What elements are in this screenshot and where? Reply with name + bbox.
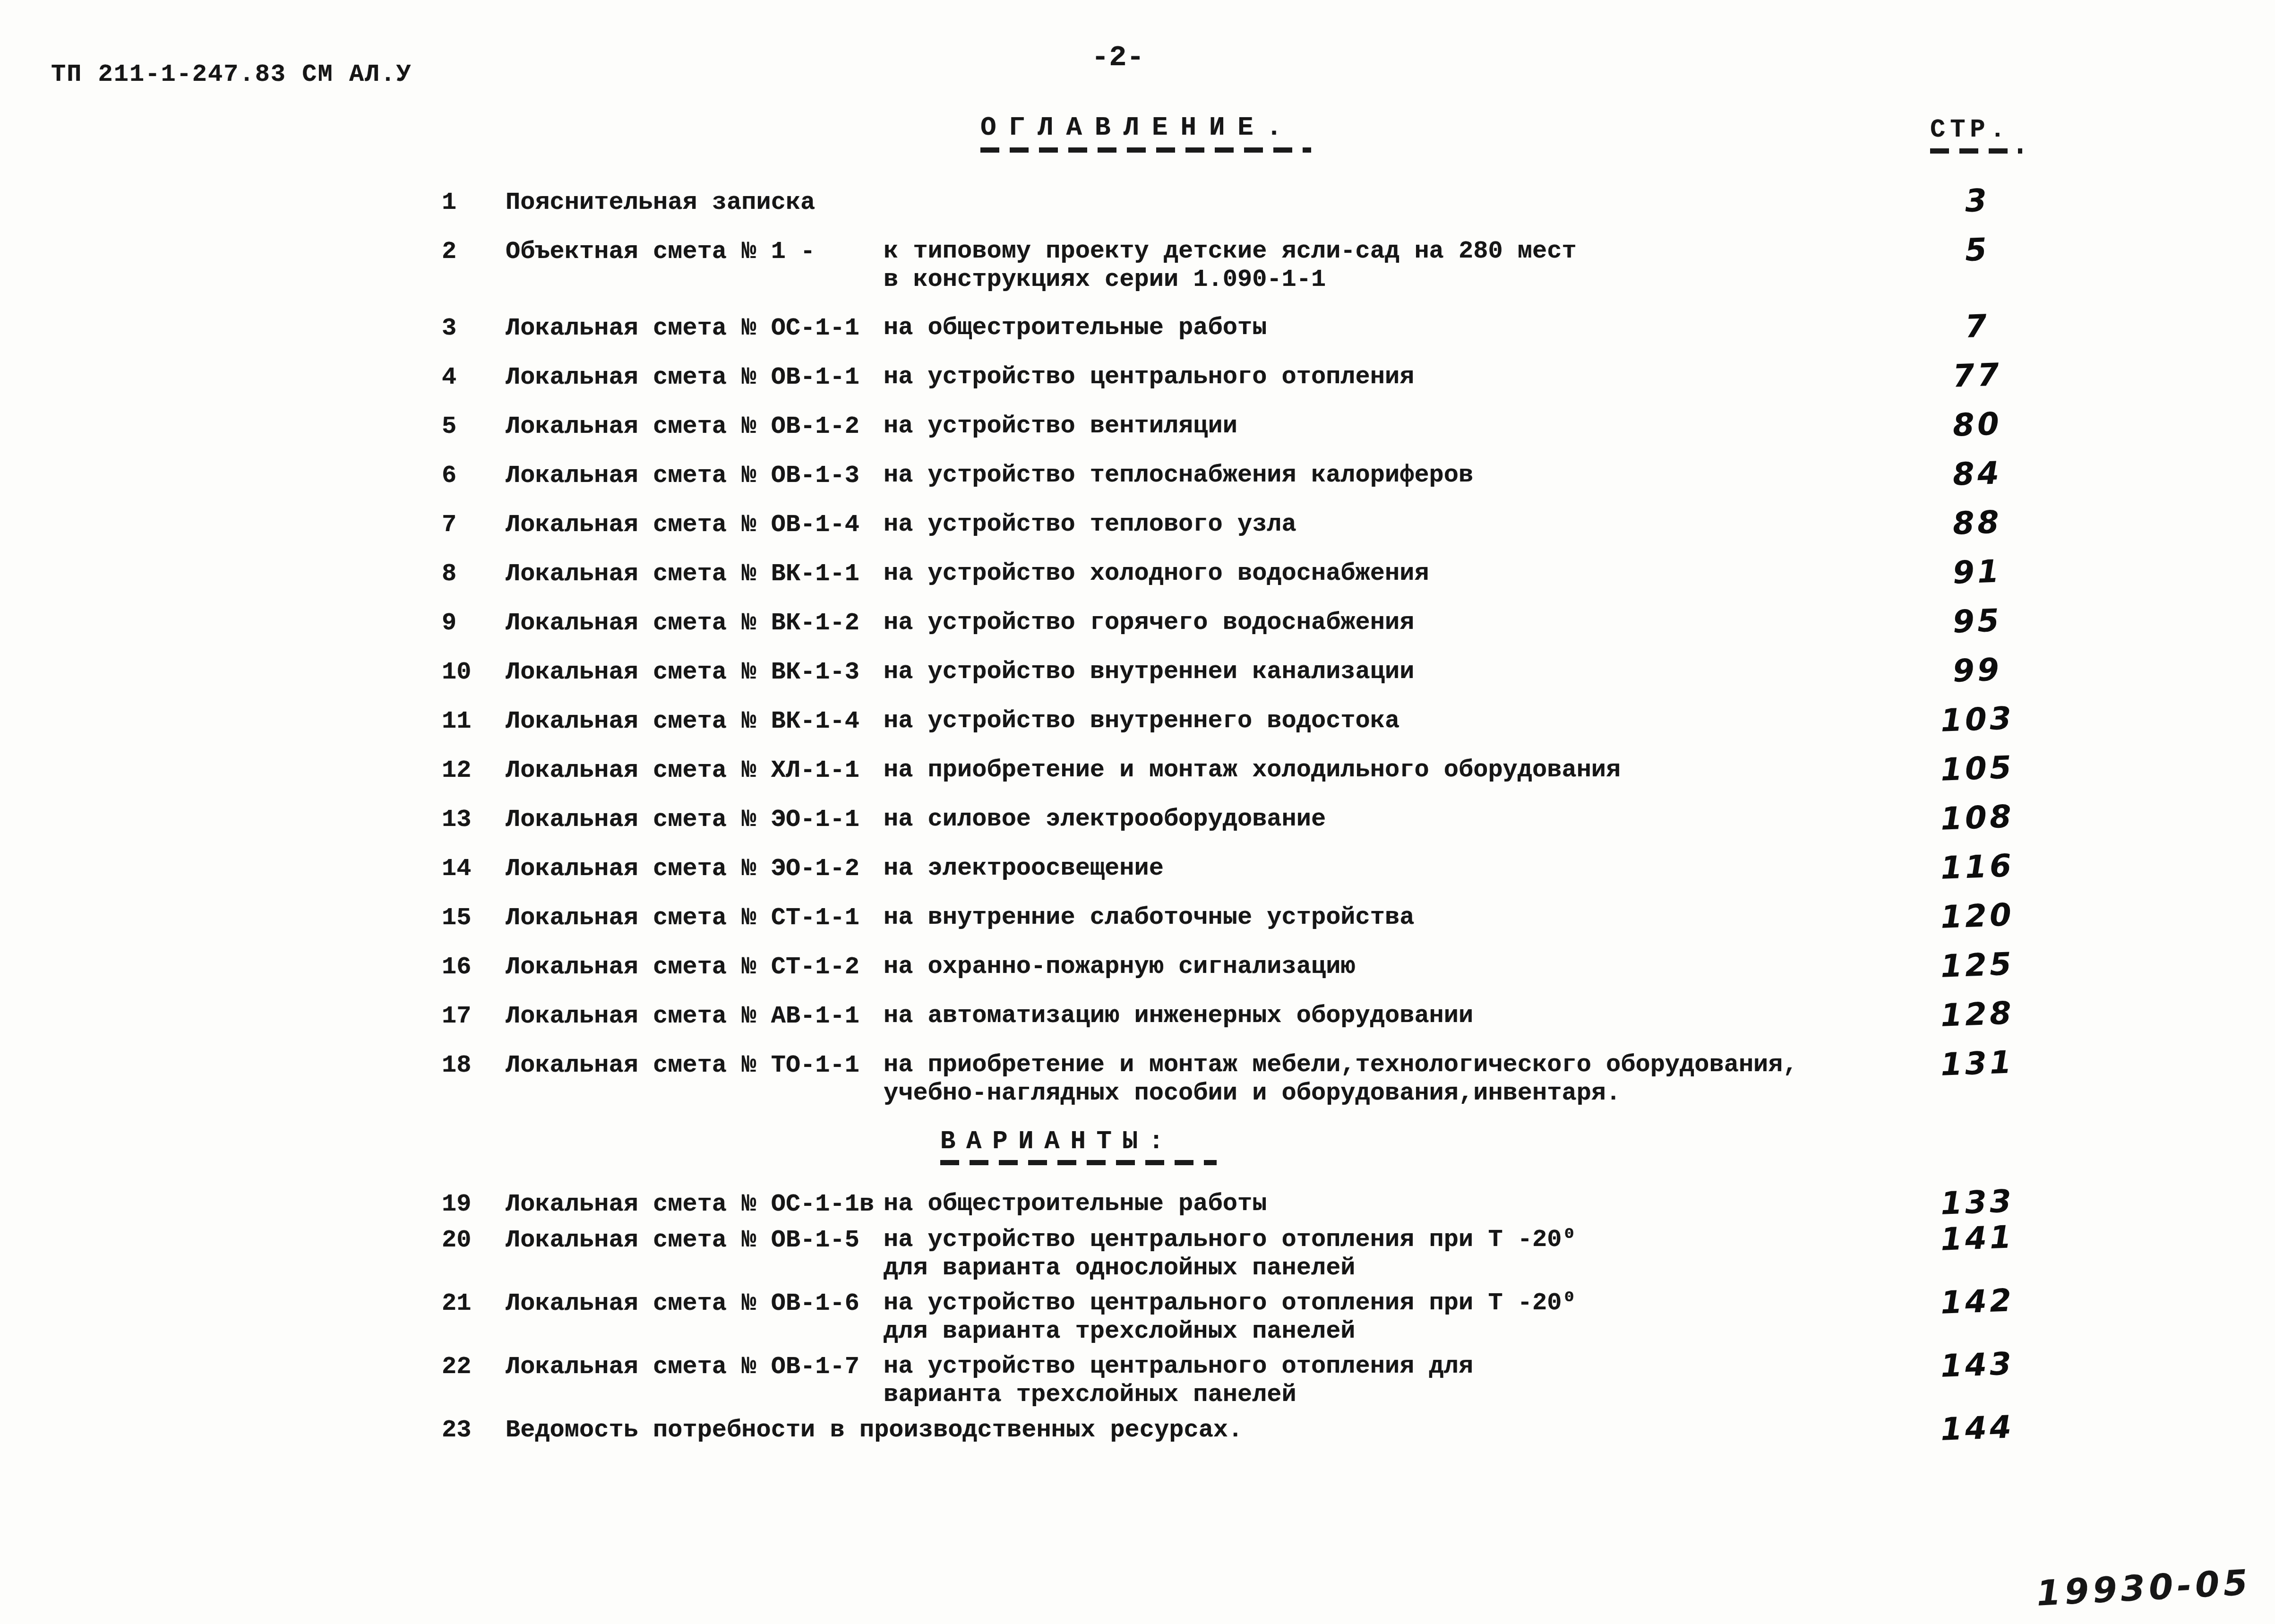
toc-row-description: на устройство центрального отопления для… bbox=[884, 1352, 2275, 1409]
sheet-page-number: -2- bbox=[1091, 41, 1144, 74]
toc-row: 17 Локальная смета № АВ-1-1 на автоматиз… bbox=[0, 1002, 2275, 1031]
toc-row-page-number: 141 bbox=[1899, 1219, 2056, 1257]
toc-row-number: 20 bbox=[442, 1226, 506, 1255]
toc-row-label: Локальная смета № ОВ-1-2 bbox=[506, 412, 884, 441]
toc-row-label: Локальная смета № ЭО-1-1 bbox=[506, 805, 884, 834]
toc-row-page-number: 3 bbox=[1899, 181, 2056, 220]
toc-row: 18 Локальная смета № ТО-1-1 на приобрете… bbox=[0, 1051, 2275, 1108]
toc-row-description-line: на внутренние слаботочные устройства bbox=[884, 903, 2275, 932]
toc-row-page-number: 88 bbox=[1899, 504, 2056, 542]
toc-row: 1 Пояснительная записка 3 bbox=[0, 188, 2275, 217]
toc-row-description-line: на приобретение и монтаж мебели,технолог… bbox=[884, 1051, 2275, 1079]
table-of-contents: 1 Пояснительная записка 3 2 Объектная см… bbox=[0, 188, 2275, 1452]
toc-row-number: 1 bbox=[442, 188, 506, 217]
toc-row-description-line: на устройство центрального отопления для bbox=[884, 1352, 2275, 1381]
toc-row-label: Локальная смета № АВ-1-1 bbox=[506, 1002, 884, 1031]
toc-row-description-line: на устройство вентиляции bbox=[884, 412, 2275, 440]
toc-row-description-line: на общестроительные работы bbox=[884, 314, 2275, 342]
toc-row-description: на электроосвещение bbox=[884, 854, 2275, 883]
toc-row-description: на приобретение и монтаж мебели,технолог… bbox=[884, 1051, 2275, 1108]
toc-row-page-number: 95 bbox=[1899, 602, 2056, 640]
toc-row-description: на силовое электрооборудование bbox=[884, 805, 2275, 833]
toc-row-number: 3 bbox=[442, 314, 506, 343]
toc-row: 2 Объектная смета № 1 - к типовому проек… bbox=[0, 237, 2275, 294]
toc-row-description-line: на автоматизацию инженерных оборудовании bbox=[884, 1002, 2275, 1030]
toc-row-label: Ведомость потребности в производственных… bbox=[506, 1416, 884, 1445]
toc-row-number: 10 bbox=[442, 658, 506, 687]
toc-row-page-number: 7 bbox=[1899, 307, 2056, 345]
toc-row-description: к типовому проекту детские ясли-сад на 2… bbox=[884, 237, 2275, 294]
toc-row-description-line: на устройство центрального отопления при… bbox=[884, 1226, 2275, 1254]
toc-row-number: 2 bbox=[442, 237, 506, 266]
toc-row-page-number: 91 bbox=[1899, 553, 2056, 591]
toc-row: 23 Ведомость потребности в производствен… bbox=[0, 1416, 2275, 1445]
toc-row-description-line: к типовому проекту детские ясли-сад на 2… bbox=[884, 237, 2275, 266]
toc-row-number: 22 bbox=[442, 1352, 506, 1382]
toc-row-page-number: 142 bbox=[1899, 1282, 2056, 1321]
toc-row-description: на устройство теплового узла bbox=[884, 510, 2275, 539]
toc-row-description: на устройство холодного водоснабжения bbox=[884, 559, 2275, 588]
toc-row-label: Локальная смета № ОВ-1-7 bbox=[506, 1352, 884, 1382]
toc-row-description: на устройство теплоснабжения калориферов bbox=[884, 461, 2275, 490]
toc-row-label: Локальная смета № СТ-1-1 bbox=[506, 903, 884, 933]
toc-row: 8 Локальная смета № ВК-1-1 на устройство… bbox=[0, 559, 2275, 589]
toc-row-number: 11 bbox=[442, 707, 506, 736]
toc-row: 12 Локальная смета № ХЛ-1-1 на приобрете… bbox=[0, 756, 2275, 785]
toc-row-label: Локальная смета № ОС-1-1в bbox=[506, 1190, 884, 1219]
toc-row-label: Локальная смета № СТ-1-2 bbox=[506, 953, 884, 982]
toc-row-page-number: 125 bbox=[1899, 946, 2056, 984]
toc-row-number: 19 bbox=[442, 1190, 506, 1219]
toc-row-page-number: 84 bbox=[1899, 455, 2056, 493]
toc-row: 3 Локальная смета № ОС-1-1 на общестроит… bbox=[0, 314, 2275, 343]
toc-row-label: Локальная смета № ОВ-1-6 bbox=[506, 1289, 884, 1318]
toc-row-number: 13 bbox=[442, 805, 506, 834]
toc-row: 4 Локальная смета № ОВ-1-1 на устройство… bbox=[0, 363, 2275, 392]
toc-row-page-number: 103 bbox=[1899, 700, 2056, 739]
toc-row-page-number: 105 bbox=[1899, 749, 2056, 788]
toc-row-description: на устройство внутреннеи канализации bbox=[884, 658, 2275, 686]
toc-row-description: на устройство горячего водоснабжения bbox=[884, 609, 2275, 637]
toc-row-page-number: 99 bbox=[1899, 651, 2056, 689]
toc-row-label: Локальная смета № ВК-1-3 bbox=[506, 658, 884, 687]
toc-row-label: Пояснительная записка bbox=[506, 188, 884, 217]
toc-row-label: Локальная смета № ВК-1-1 bbox=[506, 559, 884, 589]
toc-row-description-line: на устройство теплового узла bbox=[884, 510, 2275, 539]
toc-row-description-line: на устройство центрального отопления bbox=[884, 363, 2275, 391]
toc-row: 16 Локальная смета № СТ-1-2 на охранно-п… bbox=[0, 953, 2275, 982]
toc-row-description: на общестроительные работы bbox=[884, 314, 2275, 342]
toc-row-page-number: 77 bbox=[1899, 356, 2056, 395]
title-underline bbox=[980, 147, 1311, 153]
toc-row-page-number: 144 bbox=[1899, 1409, 2056, 1447]
toc-row-description: на устройство центрального отопления при… bbox=[884, 1289, 2275, 1346]
toc-row-number: 21 bbox=[442, 1289, 506, 1318]
toc-row-description: на внутренние слаботочные устройства bbox=[884, 903, 2275, 932]
toc-main-section: 1 Пояснительная записка 3 2 Объектная см… bbox=[0, 188, 2275, 1108]
toc-row: 19 Локальная смета № ОС-1-1в на общестро… bbox=[0, 1190, 2275, 1219]
toc-row-description-line: на устройство внутреннего водостока bbox=[884, 707, 2275, 735]
toc-row-description: на устройство внутреннего водостока bbox=[884, 707, 2275, 735]
variants-heading: ВАРИАНТЫ: bbox=[940, 1127, 1233, 1156]
toc-row-number: 5 bbox=[442, 412, 506, 441]
toc-row-description-line: на устройство горячего водоснабжения bbox=[884, 609, 2275, 637]
toc-row-number: 14 bbox=[442, 854, 506, 884]
toc-row-number: 18 bbox=[442, 1051, 506, 1080]
toc-row: 10 Локальная смета № ВК-1-3 на устройств… bbox=[0, 658, 2275, 687]
toc-row-description-line: в конструкциях серии 1.090-1-1 bbox=[884, 266, 2275, 294]
toc-row-description-line: на силовое электрооборудование bbox=[884, 805, 2275, 833]
archive-footer-code: 19930-05 bbox=[2035, 1562, 2252, 1614]
toc-row-number: 6 bbox=[442, 461, 506, 490]
document-code: ТП 211-1-247.83 СМ АЛ.У bbox=[51, 60, 412, 88]
toc-row-page-number: 143 bbox=[1899, 1346, 2056, 1384]
toc-row-number: 23 bbox=[442, 1416, 506, 1445]
page-column-underline bbox=[1930, 148, 2022, 154]
toc-row-description: на устройство центрального отопления при… bbox=[884, 1226, 2275, 1282]
page-column-header-block: СТР. bbox=[1930, 116, 2043, 154]
toc-row-label: Локальная смета № ОС-1-1 bbox=[506, 314, 884, 343]
toc-row-label: Локальная смета № ХЛ-1-1 bbox=[506, 756, 884, 785]
toc-row-label: Локальная смета № ОВ-1-1 bbox=[506, 363, 884, 392]
toc-row-description-line: на устройство внутреннеи канализации bbox=[884, 658, 2275, 686]
toc-row: 13 Локальная смета № ЭО-1-1 на силовое э… bbox=[0, 805, 2275, 834]
toc-row-description-line: учебно-наглядных пособии и оборудования,… bbox=[884, 1079, 2275, 1108]
toc-row-description: на приобретение и монтаж холодильного об… bbox=[884, 756, 2275, 784]
toc-row-description: на устройство вентиляции bbox=[884, 412, 2275, 440]
toc-row-description-line: на устройство центрального отопления при… bbox=[884, 1289, 2275, 1317]
toc-row-page-number: 128 bbox=[1899, 995, 2056, 1033]
toc-row-label: Локальная смета № ОВ-1-5 bbox=[506, 1226, 884, 1255]
toc-row-page-number: 120 bbox=[1899, 897, 2056, 935]
toc-row-description-line: на общестроительные работы bbox=[884, 1190, 2275, 1218]
toc-row-page-number: 108 bbox=[1899, 799, 2056, 837]
variants-underline bbox=[940, 1160, 1217, 1165]
toc-row-page-number: 80 bbox=[1899, 405, 2056, 444]
toc-row-number: 8 bbox=[442, 559, 506, 589]
toc-row-description-line: на охранно-пожарную сигнализацию bbox=[884, 953, 2275, 981]
toc-row-label: Локальная смета № ВК-1-2 bbox=[506, 609, 884, 638]
toc-row-page-number: 116 bbox=[1899, 848, 2056, 886]
toc-row-number: 16 bbox=[442, 953, 506, 982]
toc-row: 15 Локальная смета № СТ-1-1 на внутренни… bbox=[0, 903, 2275, 933]
toc-row-page-number: 131 bbox=[1899, 1044, 2056, 1083]
toc-row-description-line: для варианта трехслойных панелей bbox=[884, 1317, 2275, 1346]
toc-row-description-line: на приобретение и монтаж холодильного об… bbox=[884, 756, 2275, 784]
toc-row-description-line: для варианта однослойных панелей bbox=[884, 1254, 2275, 1282]
toc-row-page-number: 5 bbox=[1899, 231, 2056, 269]
toc-row-label: Объектная смета № 1 - bbox=[506, 237, 884, 266]
toc-row: 22 Локальная смета № ОВ-1-7 на устройств… bbox=[0, 1352, 2275, 1409]
toc-row-number: 9 bbox=[442, 609, 506, 638]
toc-row-label: Локальная смета № ОВ-1-3 bbox=[506, 461, 884, 490]
page-title: ОГЛАВЛЕНИЕ. bbox=[980, 112, 1321, 143]
toc-row: 11 Локальная смета № ВК-1-4 на устройств… bbox=[0, 707, 2275, 736]
toc-row-description: на устройство центрального отопления bbox=[884, 363, 2275, 391]
variants-header-block: ВАРИАНТЫ: bbox=[940, 1127, 1233, 1165]
toc-row-number: 17 bbox=[442, 1002, 506, 1031]
toc-row-description-line: на устройство холодного водоснабжения bbox=[884, 559, 2275, 588]
toc-row-label: Локальная смета № ОВ-1-4 bbox=[506, 510, 884, 540]
toc-row: 6 Локальная смета № ОВ-1-3 на устройство… bbox=[0, 461, 2275, 490]
toc-row-number: 4 bbox=[442, 363, 506, 392]
toc-row-description-line: на электроосвещение bbox=[884, 854, 2275, 883]
toc-row-number: 7 bbox=[442, 510, 506, 540]
toc-row: 9 Локальная смета № ВК-1-2 на устройство… bbox=[0, 609, 2275, 638]
toc-row: 14 Локальная смета № ЭО-1-2 на электроос… bbox=[0, 854, 2275, 884]
toc-row-description-line: варианта трехслойных панелей bbox=[884, 1381, 2275, 1409]
toc-row-label: Локальная смета № ВК-1-4 bbox=[506, 707, 884, 736]
toc-variants-section: 19 Локальная смета № ОС-1-1в на общестро… bbox=[0, 1190, 2275, 1445]
toc-row-description: на автоматизацию инженерных оборудовании bbox=[884, 1002, 2275, 1030]
toc-row-description: на охранно-пожарную сигнализацию bbox=[884, 953, 2275, 981]
toc-row-description-line: на устройство теплоснабжения калориферов bbox=[884, 461, 2275, 490]
toc-row: 5 Локальная смета № ОВ-1-2 на устройство… bbox=[0, 412, 2275, 441]
scanned-document-page: ТП 211-1-247.83 СМ АЛ.У -2- ОГЛАВЛЕНИЕ. … bbox=[0, 0, 2275, 1624]
toc-row-description: на общестроительные работы bbox=[884, 1190, 2275, 1218]
toc-row-number: 15 bbox=[442, 903, 506, 933]
toc-row-label: Локальная смета № ТО-1-1 bbox=[506, 1051, 884, 1080]
toc-row: 7 Локальная смета № ОВ-1-4 на устройство… bbox=[0, 510, 2275, 540]
toc-row: 20 Локальная смета № ОВ-1-5 на устройств… bbox=[0, 1226, 2275, 1282]
toc-row: 21 Локальная смета № ОВ-1-6 на устройств… bbox=[0, 1289, 2275, 1346]
table-of-contents-title-block: ОГЛАВЛЕНИЕ. bbox=[980, 112, 1321, 153]
toc-row-label: Локальная смета № ЭО-1-2 bbox=[506, 854, 884, 884]
toc-row-page-number: 133 bbox=[1899, 1183, 2056, 1221]
page-column-header: СТР. bbox=[1930, 116, 2043, 145]
toc-row-number: 12 bbox=[442, 756, 506, 785]
